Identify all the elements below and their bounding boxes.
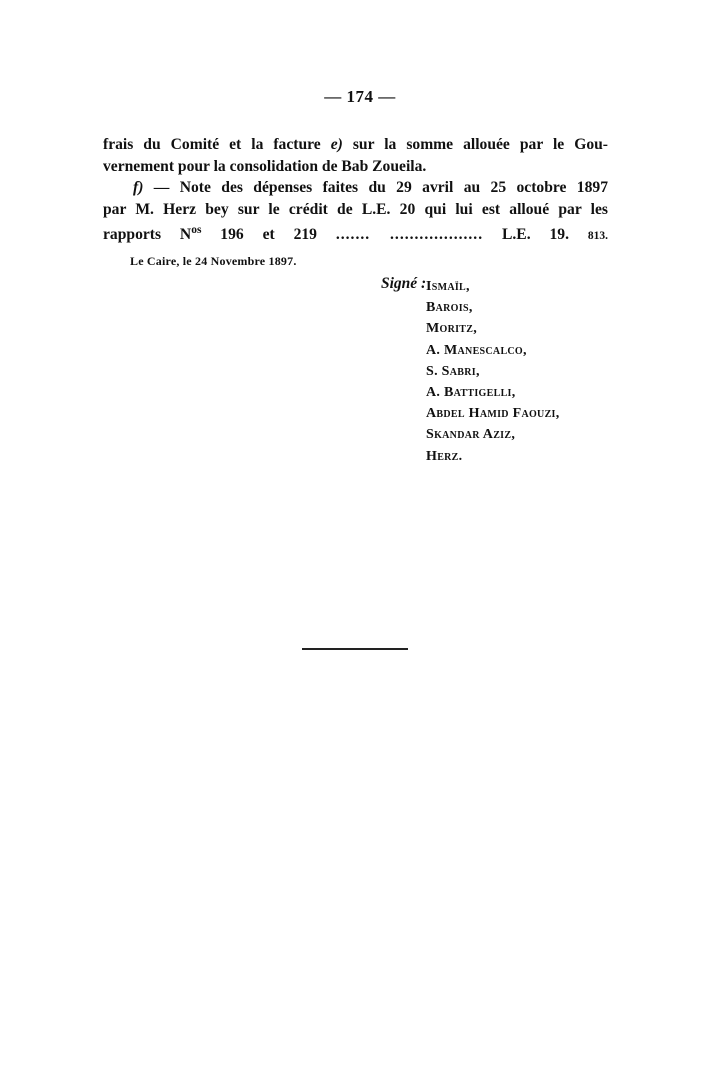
signatory: Ismaïl,: [426, 276, 560, 297]
report-numbers: 196 et 219: [201, 226, 317, 243]
signed-label: Signé :: [381, 275, 426, 293]
amount-main: L.E. 19.: [502, 226, 569, 243]
amount-fraction: 813.: [588, 230, 608, 242]
body-line-4: par M. Herz bey sur le crédit de L.E. 20…: [103, 199, 608, 221]
signatory: A. Battigelli,: [426, 382, 560, 403]
signatory: Moritz,: [426, 318, 560, 339]
reports-ref: rapports Nos 196 et 219: [103, 226, 317, 243]
place-date: Le Caire, le 24 Novembre 1897.: [130, 254, 297, 269]
section-end-rule: [302, 648, 408, 650]
body-text: frais du Comité et la facture e) sur la …: [103, 134, 608, 242]
signatory: Abdel Hamid Faouzi,: [426, 403, 560, 424]
body-line-3-rest: — Note des dépenses faites du 29 avril a…: [154, 179, 608, 196]
page-number: — 174 —: [0, 87, 720, 107]
body-line-1: frais du Comité et la facture e) sur la …: [103, 134, 608, 156]
leader-dots: ....... ...................: [336, 226, 483, 243]
body-line-2: vernement pour la consolidation de Bab Z…: [103, 156, 608, 178]
signatory: A. Manescalco,: [426, 340, 560, 361]
signatories-list: Ismaïl, Barois, Moritz, A. Manescalco, S…: [426, 276, 560, 467]
numero-superscript: os: [191, 224, 201, 236]
body-line-1-text: frais du Comité et la facture: [103, 136, 321, 153]
signatory: Skandar Aziz,: [426, 424, 560, 445]
reports-label: rapports N: [103, 226, 191, 243]
body-line-3: f) — Note des dépenses faites du 29 avri…: [103, 177, 608, 199]
body-line-5: rapports Nos 196 et 219 ....... ........…: [103, 220, 608, 242]
item-e-label: e): [331, 136, 343, 153]
body-line-1-rest: sur la somme allouée par le Gou-: [353, 136, 608, 153]
item-f-label: f): [133, 179, 143, 196]
signatory: S. Sabri,: [426, 361, 560, 382]
signatory: Barois,: [426, 297, 560, 318]
signatory: Herz.: [426, 446, 560, 467]
amount: L.E. 19. 813.: [502, 226, 608, 243]
